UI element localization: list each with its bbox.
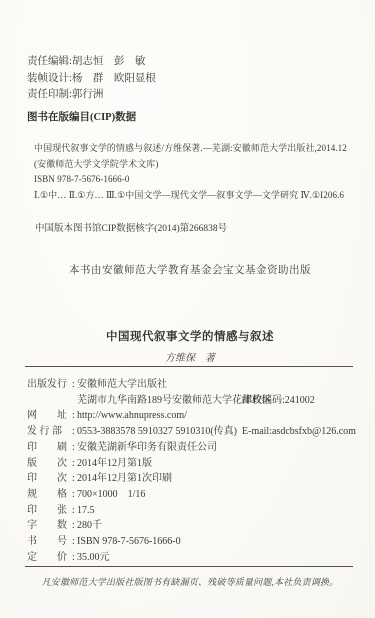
colophon-row-impression: 印 次:2014年12月第1次印刷 <box>27 471 353 487</box>
staff-value: 杨 群 欧阳显根 <box>72 73 156 84</box>
staff-label: 责任编辑 <box>27 54 69 71</box>
colophon-value: 2014年12月第1版 <box>77 458 152 469</box>
colophon-value: 2014年12月第1次印刷 <box>77 473 172 484</box>
colophon-value: 安徽芜湖新华印务有限责任公司 <box>77 442 217 453</box>
colophon-row-publisher: 出版发行:安徽师范大学出版社 <box>27 377 353 393</box>
staff-row-designer: 装帧设计:杨 群 欧阳显根 <box>27 71 353 88</box>
colophon-row-sheets: 印 张:17.5 <box>27 503 353 519</box>
publisher-url: http://www.ahnupress.com/ <box>77 410 187 421</box>
colophon-row-edition: 版 次:2014年12月第1版 <box>27 456 353 472</box>
cip-series-line: (安徽师范大学文学院学术文库) <box>34 157 353 173</box>
postal-code: 邮政编码:241002 <box>242 393 315 409</box>
colophon-label: 书 号 <box>27 534 72 550</box>
colophon-label: 字 数 <box>27 518 72 534</box>
quality-note: 凡安徽师范大学出版社版图书有缺漏页、残破等质量问题,本社负责调换。 <box>27 575 353 588</box>
staff-row-editor: 责任编辑:胡志恒 彭 敏 <box>27 54 353 71</box>
colophon-value: 280千 <box>77 520 102 531</box>
cip-isbn-line: ISBN 978-7-5676-1666-0 <box>34 172 353 188</box>
colophon-row-format: 规 格:700×1000 1/16 <box>27 487 353 503</box>
colophon-row-website: 网 址:http://www.ahnupress.com/ <box>27 408 353 424</box>
colophon-label: 印 次 <box>27 471 72 487</box>
colophon-label: 印 刷 <box>27 440 72 456</box>
book-author: 方维保 著 <box>27 349 353 364</box>
colophon-row-isbn: 书 号:ISBN 978-7-5676-1666-0 <box>27 534 353 550</box>
colophon-label: 出版发行 <box>27 377 72 393</box>
colophon-row-price: 定 价:35.00元 <box>27 550 353 566</box>
colophon-row-address: 芜湖市九华南路189号安徽师范大学花津校区 邮政编码:241002 <box>27 393 353 409</box>
staff-label: 责任印制 <box>27 87 69 104</box>
colophon-label: 发 行 部 <box>27 424 72 440</box>
staff-row-printing-supervisor: 责任印制:郭行洲 <box>27 87 353 104</box>
email-address: E-mail:asdcbsfxb@126.com <box>242 424 356 440</box>
phone-numbers: 0553-3883578 5910327 5910310(传真) <box>77 426 237 437</box>
colophon-label: 定 价 <box>27 550 72 566</box>
copyright-page: 责任编辑:胡志恒 彭 敏 装帧设计:杨 群 欧阳显根 责任印制:郭行洲 图书在版… <box>0 0 375 618</box>
cip-classification-line: Ⅰ.①中… Ⅱ.①方… Ⅲ.①中国文学—现代文学—叙事文学—文学研究 Ⅳ.①I2… <box>34 188 353 204</box>
book-price: 35.00元 <box>77 552 110 563</box>
cip-entry-block: 中国现代叙事文学的情感与叙述/方维保著.—芜湖:安徽师范大学出版社,2014.1… <box>34 141 353 203</box>
colophon-value: 安徽师范大学出版社 <box>77 379 167 390</box>
colophon-value: 17.5 <box>77 505 95 516</box>
staff-value: 胡志恒 彭 敏 <box>72 56 146 67</box>
divider-bottom <box>25 566 353 567</box>
staff-value: 郭行洲 <box>72 89 104 100</box>
colophon-block: 出版发行:安徽师范大学出版社 芜湖市九华南路189号安徽师范大学花津校区 邮政编… <box>27 377 353 565</box>
book-isbn: ISBN 978-7-5676-1666-0 <box>77 536 181 547</box>
cip-title-line: 中国现代叙事文学的情感与叙述/方维保著.—芜湖:安徽师范大学出版社,2014.1… <box>34 141 353 157</box>
colophon-label: 网 址 <box>27 408 72 424</box>
cip-record-number: 中国版本图书馆CIP数据核字(2014)第266838号 <box>35 220 353 234</box>
colophon-label: 印 张 <box>27 503 72 519</box>
colophon-value: 700×1000 1/16 <box>77 489 145 500</box>
divider-top <box>25 366 353 367</box>
colophon-row-distribution: 发 行 部:0553-3883578 5910327 5910310(传真) E… <box>27 424 353 440</box>
funding-note: 本书由安徽师范大学教育基金会宝文基金资助出版 <box>27 262 353 277</box>
colophon-row-wordcount: 字 数:280千 <box>27 518 353 534</box>
staff-credits-block: 责任编辑:胡志恒 彭 敏 装帧设计:杨 群 欧阳显根 责任印制:郭行洲 <box>27 54 353 104</box>
book-title: 中国现代叙事文学的情感与叙述 <box>27 328 353 344</box>
cip-header: 图书在版编目(CIP)数据 <box>27 109 353 124</box>
colophon-label: 规 格 <box>27 487 72 503</box>
colophon-row-printer: 印 刷:安徽芜湖新华印务有限责任公司 <box>27 440 353 456</box>
colophon-label: 版 次 <box>27 456 72 472</box>
staff-label: 装帧设计 <box>27 71 69 88</box>
